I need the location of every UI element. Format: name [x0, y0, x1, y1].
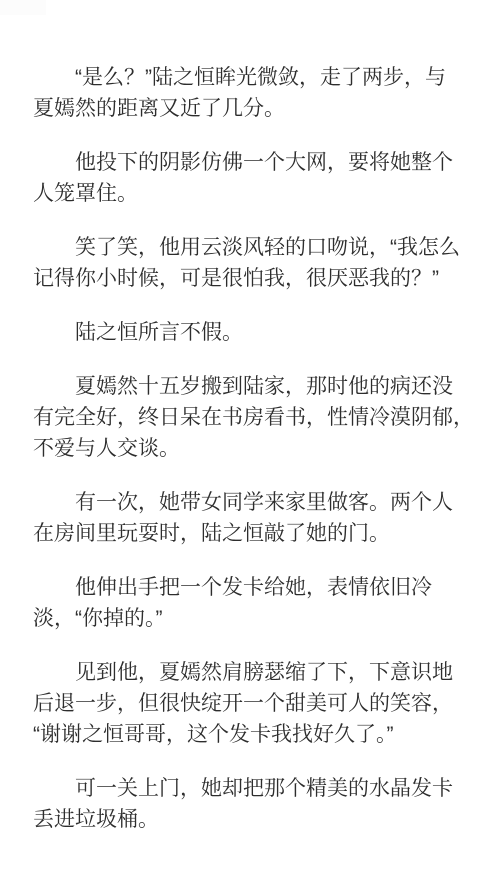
novel-paragraph: “是么？”陆之恒眸光微敛，走了两步，与 夏嫣然的距离又近了几分。	[33, 62, 480, 124]
novel-paragraph: 陆之恒所言不假。	[33, 317, 480, 348]
novel-paragraph: 笑了笑，他用云淡风轻的口吻说，“我怎么 记得你小时候，可是很怕我，很厌恶我的？”	[33, 232, 480, 294]
novel-paragraph: 有一次，她带女同学来家里做客。两个人 在房间里玩耍时，陆之恒敲了她的门。	[33, 487, 480, 549]
novel-paragraph: 见到他，夏嫣然肩膀瑟缩了下，下意识地 后退一步，但很快绽开一个甜美可人的笑容， …	[33, 657, 480, 750]
novel-paragraph: 夏嫣然十五岁搬到陆家，那时他的病还没 有完全好，终日呆在书房看书，性情冷漠阴郁，…	[33, 371, 480, 464]
novel-paragraph: 他投下的阴影仿佛一个大网，要将她整个 人笼罩住。	[33, 147, 480, 209]
corner-artifact	[0, 0, 46, 15]
novel-paragraph: 可一关上门，她却把那个精美的水晶发卡 丢进垃圾桶。	[33, 773, 480, 835]
novel-paragraph: 他伸出手把一个发卡给她，表情依旧冷 淡，“你掉的。”	[33, 572, 480, 634]
novel-reader-page: “是么？”陆之恒眸光微敛，走了两步，与 夏嫣然的距离又近了几分。 他投下的阴影仿…	[0, 0, 500, 888]
